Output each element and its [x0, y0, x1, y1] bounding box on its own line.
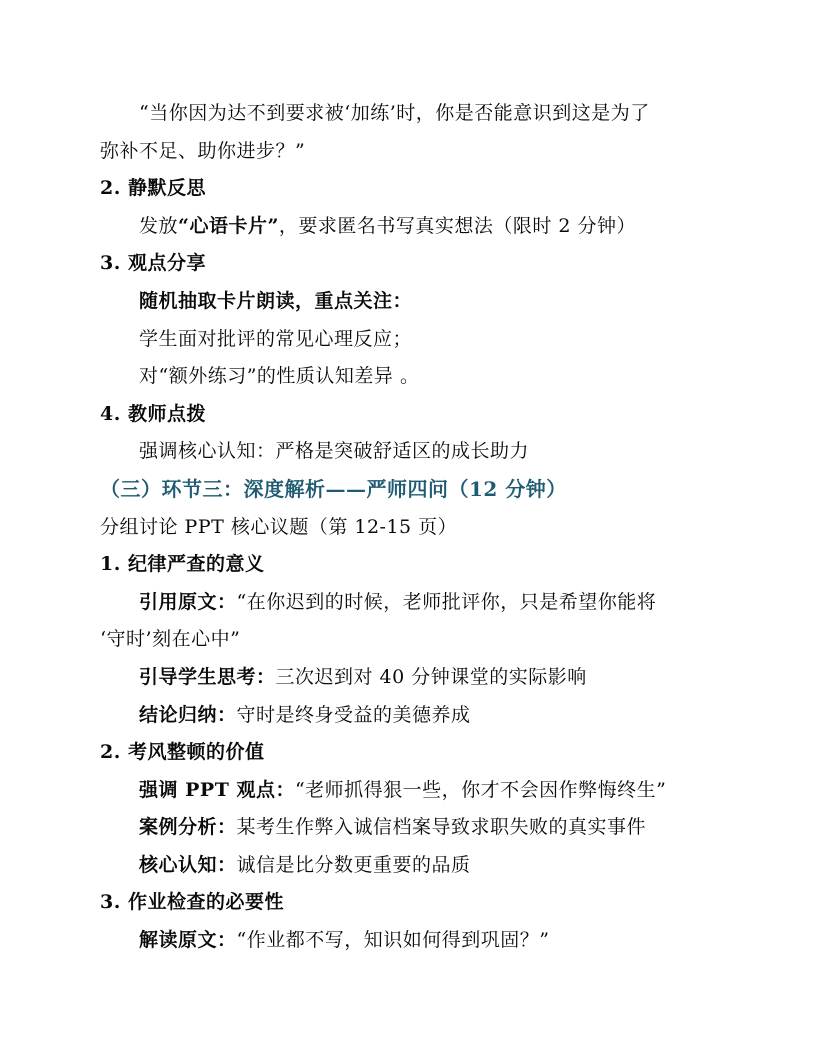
- core-cognition-line: 强调核心认知：严格是突破舒适区的成长助力: [100, 433, 718, 471]
- conclusion-line: 结论归纳：守时是终身受益的美德养成: [100, 697, 718, 735]
- body-text: 分组讨论 PPT 核心议题（第 12-15 页）: [100, 516, 457, 538]
- card-reading-focus-line: 随机抽取卡片朗读，重点关注：: [100, 283, 718, 321]
- focus-point-extra-practice: 对“额外练习”的性质认知差异 。: [100, 358, 718, 396]
- body-text: 守时是终身受益的美德养成: [237, 704, 471, 726]
- ppt-viewpoint-line: 强调 PPT 观点：“老师抓得狠一些，你才不会因作弊悔终生”: [100, 772, 718, 810]
- bold-label: 案例分析：: [139, 816, 237, 838]
- step-heading-viewpoint-sharing: 3. 观点分享: [100, 245, 718, 283]
- step-heading-silent-reflection: 2. 静默反思: [100, 170, 718, 208]
- discussion-question-line1: “当你因为达不到要求被‘加练’时，你是否能意识到这是为了: [100, 95, 718, 133]
- topic-heading-homework-check: 3. 作业检查的必要性: [100, 884, 718, 922]
- bold-label: 强调 PPT 观点：: [139, 779, 295, 801]
- heading-text: 2. 考风整顿的价值: [100, 741, 264, 763]
- case-analysis-line: 案例分析：某考生作弊入诚信档案导致求职失败的真实事件: [100, 809, 718, 847]
- body-text: 学生面对批评的常见心理反应；: [139, 328, 412, 350]
- body-text: ，要求匿名书写真实想法（限时 2 分钟）: [279, 215, 636, 237]
- quote-original-line: 引用原文：“在你迟到的时候，老师批评你，只是希望你能将: [100, 584, 718, 622]
- body-text: 弥补不足、助你进步？”: [100, 140, 305, 162]
- body-text: “作业都不写，知识如何得到巩固？”: [237, 929, 550, 951]
- heading-text: 3. 观点分享: [100, 252, 206, 274]
- heading-text: 4. 教师点拨: [100, 403, 206, 425]
- body-text: 对“额外练习”的性质认知差异 。: [139, 365, 419, 387]
- topic-heading-exam-style: 2. 考风整顿的价值: [100, 734, 718, 772]
- body-text: “在你迟到的时候，老师批评你，只是希望你能将: [237, 591, 657, 613]
- bold-label: 引用原文：: [139, 591, 237, 613]
- heading-text: 2. 静默反思: [100, 177, 206, 199]
- focus-point-psychology: 学生面对批评的常见心理反应；: [100, 321, 718, 359]
- group-discussion-line: 分组讨论 PPT 核心议题（第 12-15 页）: [100, 509, 718, 547]
- heading-text: 1. 纪律严查的意义: [100, 553, 264, 575]
- body-text: 三次迟到对 40 分钟课堂的实际影响: [276, 666, 587, 688]
- topic-heading-discipline: 1. 纪律严查的意义: [100, 546, 718, 584]
- body-text: ‘守时’刻在心中”: [100, 628, 240, 650]
- discussion-question-line2: 弥补不足、助你进步？”: [100, 133, 718, 171]
- bold-label: 结论归纳：: [139, 704, 237, 726]
- quote-original-line2: ‘守时’刻在心中”: [100, 621, 718, 659]
- guide-thinking-line: 引导学生思考：三次迟到对 40 分钟课堂的实际影响: [100, 659, 718, 697]
- heading-text: 3. 作业检查的必要性: [100, 891, 284, 913]
- step-heading-teacher-guidance: 4. 教师点拨: [100, 396, 718, 434]
- interpret-original-line: 解读原文：“作业都不写，知识如何得到巩固？”: [100, 922, 718, 960]
- body-text: “老师抓得狠一些，你才不会因作弊悔终生”: [295, 779, 666, 801]
- emphasis-text: “心语卡片”: [178, 215, 279, 237]
- bold-label: 核心认知：: [139, 854, 237, 876]
- body-text: 强调核心认知：严格是突破舒适区的成长助力: [139, 440, 529, 462]
- bold-label: 解读原文：: [139, 929, 237, 951]
- card-activity-line: 发放“心语卡片”，要求匿名书写真实想法（限时 2 分钟）: [100, 208, 718, 246]
- core-cognition-honesty-line: 核心认知：诚信是比分数更重要的品质: [100, 847, 718, 885]
- body-text: 诚信是比分数更重要的品质: [237, 854, 471, 876]
- body-text: 某考生作弊入诚信档案导致求职失败的真实事件: [237, 816, 647, 838]
- bold-label: 引导学生思考：: [139, 666, 276, 688]
- section-heading-phase3: （三）环节三：深度解析——严师四问（12 分钟）: [100, 471, 718, 509]
- document-page: “当你因为达不到要求被‘加练’时，你是否能意识到这是为了 弥补不足、助你进步？”…: [0, 0, 816, 1056]
- emphasis-text: 随机抽取卡片朗读，重点关注：: [139, 290, 412, 312]
- heading-text: （三）环节三：深度解析——严师四问（12 分钟）: [100, 477, 567, 501]
- body-text: “当你因为达不到要求被‘加练’时，你是否能意识到这是为了: [139, 102, 650, 124]
- body-text: 发放: [139, 215, 178, 237]
